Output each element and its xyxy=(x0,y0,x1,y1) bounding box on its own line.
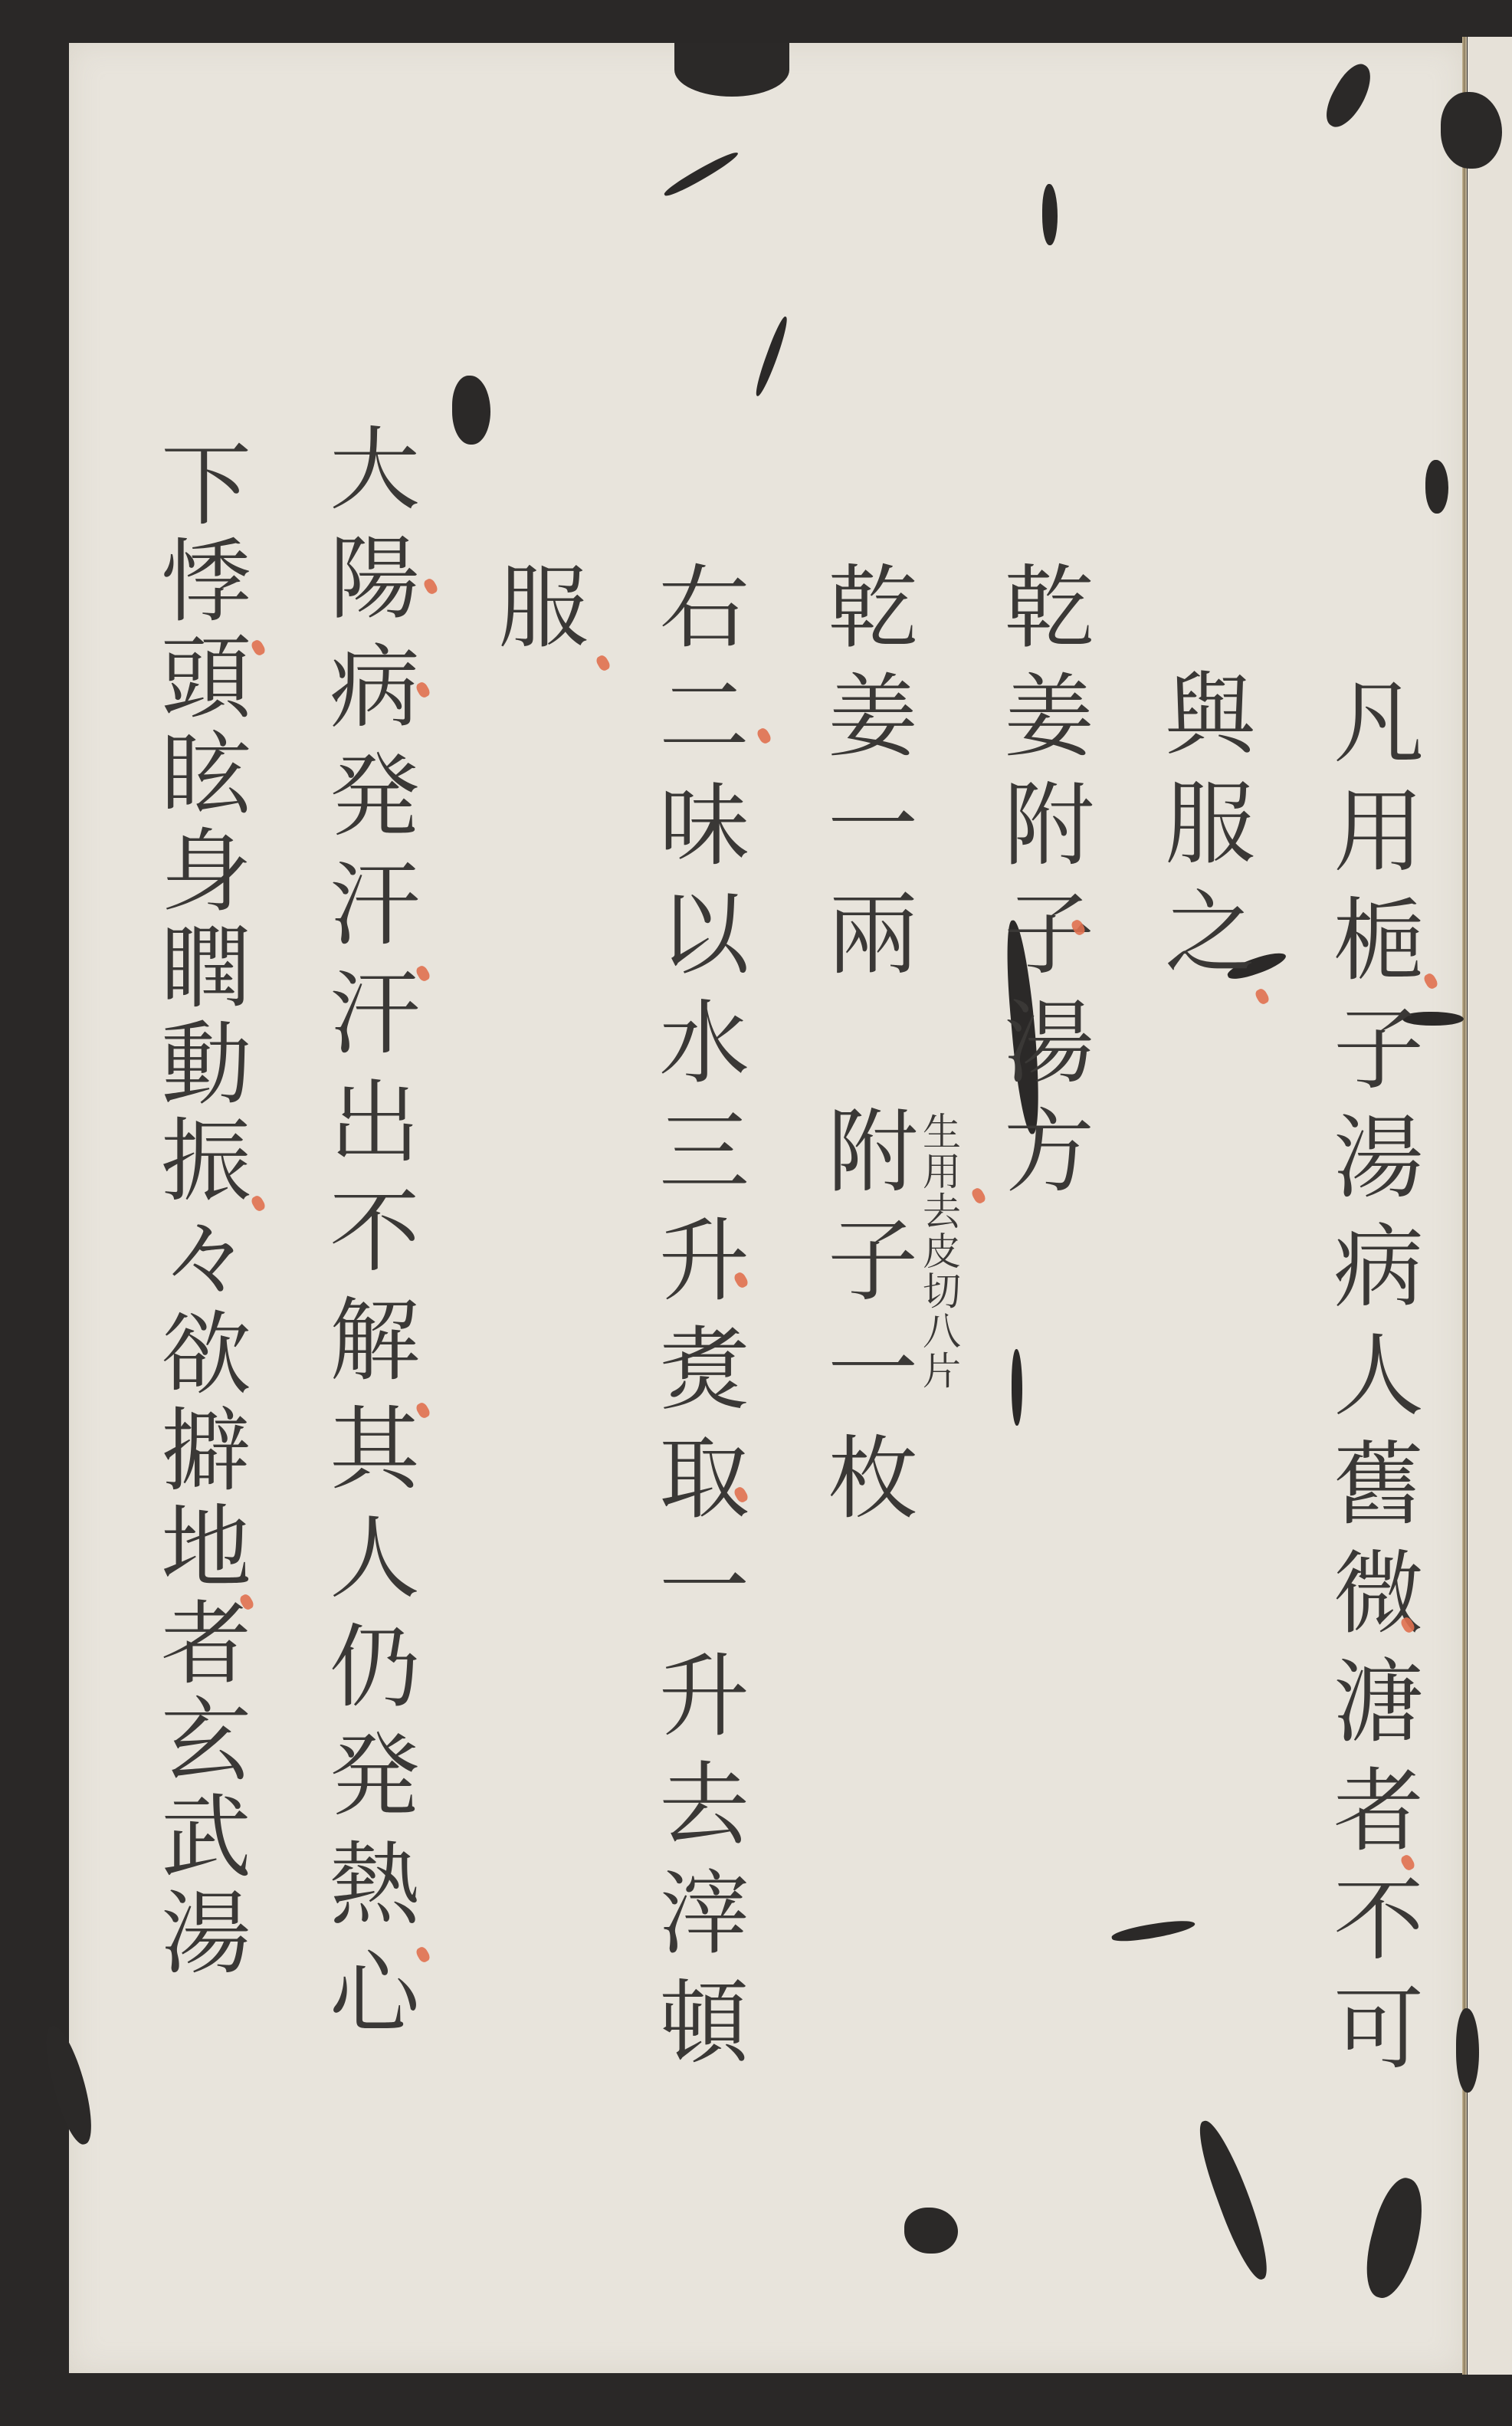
wormhole xyxy=(1441,92,1502,169)
wormhole xyxy=(1042,184,1058,245)
text-column-7: 大陽病発汗汗出不解其人仍発熱心 xyxy=(322,422,412,2054)
text-column-1: 凡用梔子湯病人舊微溏者不可 xyxy=(1326,675,1416,2090)
annotation-note: 生用去皮切八片 xyxy=(920,1111,958,1390)
text-column-2: 與服之 xyxy=(1157,667,1248,993)
text-column-5: 右二味以水三升煑取一升去滓頓 xyxy=(651,560,742,2083)
text-column-6: 服 xyxy=(490,560,581,668)
wormhole xyxy=(1425,460,1448,514)
text-column-3: 乾姜附子湯方 xyxy=(996,560,1087,1213)
manuscript-page xyxy=(69,43,1464,2373)
wormhole xyxy=(1456,2008,1479,2093)
text-column-4: 乾姜一兩 附子一枚 xyxy=(820,560,910,1539)
wormhole xyxy=(452,376,490,445)
wormhole xyxy=(1012,1349,1022,1426)
wormhole xyxy=(674,43,789,97)
text-column-8: 下悸頭眩身瞤動振々欲擗地者玄武湯 xyxy=(153,437,244,1982)
wormhole xyxy=(904,2208,958,2254)
